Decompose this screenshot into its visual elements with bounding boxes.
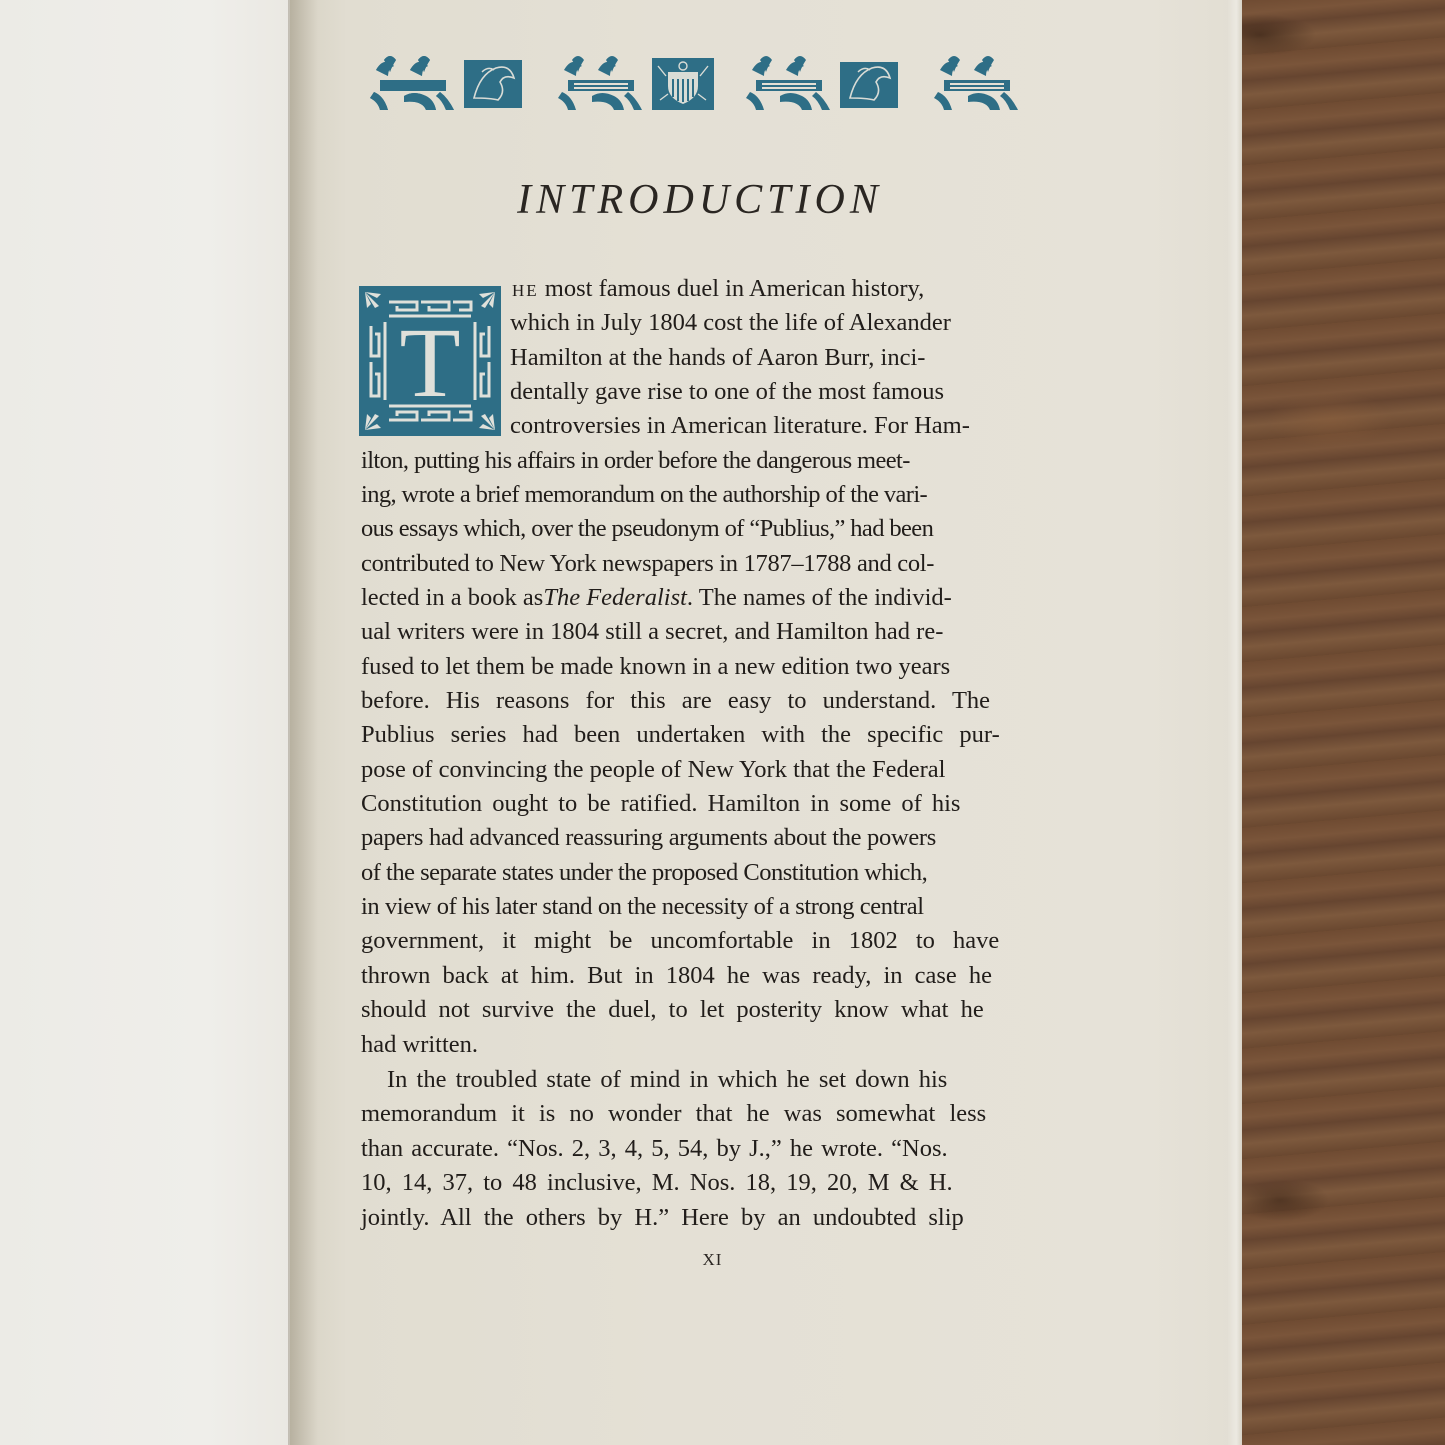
text-line: pose of convincing the people of New Yor… bbox=[361, 753, 1053, 787]
text-line: HE most famous duel in American history, bbox=[512, 272, 1056, 306]
text-line: than accurate. “Nos. 2, 3, 4, 5, 54, by … bbox=[361, 1132, 1059, 1166]
text-line: of the separate states under the propose… bbox=[361, 856, 1053, 890]
text-line: lected in a book as The Federalist. The … bbox=[361, 581, 1053, 615]
text-line: jointly. All the others by H.” Here by a… bbox=[361, 1201, 1059, 1235]
text-line: ual writers were in 1804 still a secret,… bbox=[361, 615, 1053, 649]
chapter-title: INTRODUCTION bbox=[0, 176, 1400, 224]
headpiece-ornament-icon bbox=[370, 52, 1032, 114]
page-number: XI bbox=[0, 1250, 1425, 1270]
text-line: ilton, putting his affairs in order befo… bbox=[361, 444, 1053, 478]
text-line: 10, 14, 37, to 48 inclusive, M. Nos. 18,… bbox=[361, 1166, 1059, 1200]
text-line: contributed to New York newspapers in 17… bbox=[361, 547, 1053, 581]
text-line: Publius series had been undertaken with … bbox=[361, 718, 1053, 752]
text-line: memorandum it is no wonder that he was s… bbox=[361, 1097, 1059, 1131]
text-line: before. His reasons for this are easy to… bbox=[361, 684, 1053, 718]
text-line: government, it might be uncomfortable in… bbox=[361, 924, 1053, 958]
text-line: controversies in American literature. Fo… bbox=[510, 409, 1052, 443]
text-line: dentally gave rise to one of the most fa… bbox=[510, 375, 1052, 409]
text-line: which in July 1804 cost the life of Alex… bbox=[510, 306, 1052, 340]
text-line: should not survive the duel, to let post… bbox=[361, 993, 1053, 1027]
text-line: thrown back at him. But in 1804 he was r… bbox=[361, 959, 1053, 993]
svg-text:T: T bbox=[399, 307, 460, 418]
text-line: ing, wrote a brief memorandum on the aut… bbox=[361, 478, 1053, 512]
text-line: papers had advanced reassuring arguments… bbox=[361, 821, 1053, 855]
text-line: Hamilton at the hands of Aaron Burr, inc… bbox=[510, 341, 1052, 375]
text-line: In the troubled state of mind in which h… bbox=[387, 1063, 1059, 1097]
text-line: fused to let them be made known in a new… bbox=[361, 650, 1053, 684]
book-title: The Federalist bbox=[543, 581, 687, 615]
text-line: ous essays which, over the pseudonym of … bbox=[361, 512, 1053, 546]
text-line: Constitution ought to be ratified. Hamil… bbox=[361, 787, 1053, 821]
drop-cap-ornament-icon: T bbox=[359, 286, 501, 436]
text-line: in view of his later stand on the necess… bbox=[361, 890, 1053, 924]
text-line: had written. bbox=[361, 1028, 1053, 1062]
